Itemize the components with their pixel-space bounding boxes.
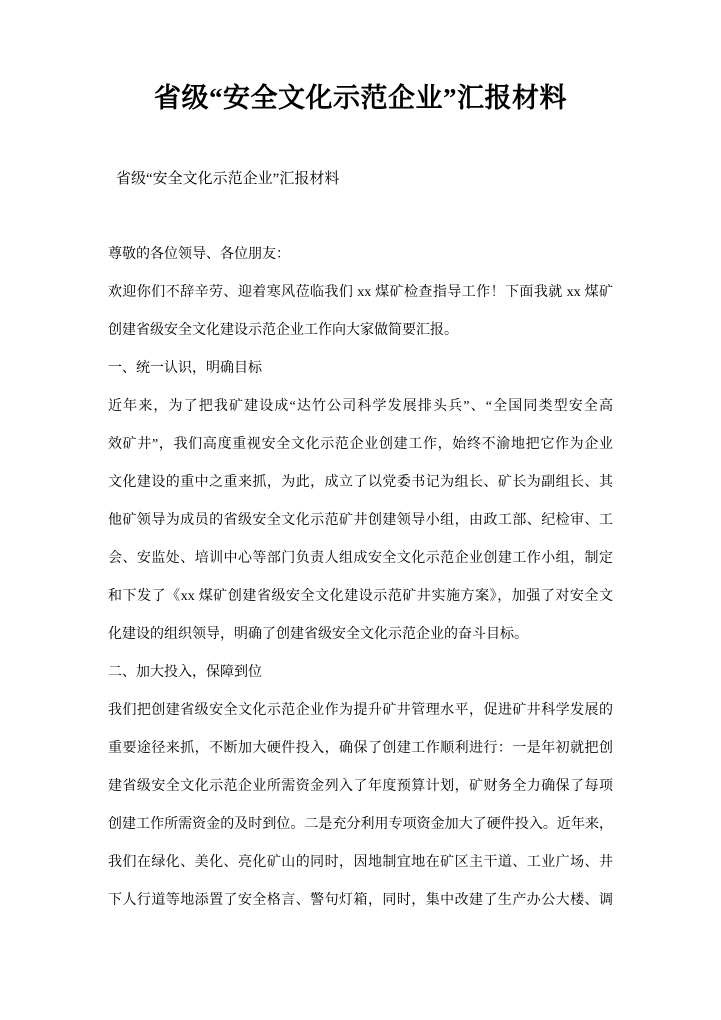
body-line: 尊敬的各位领导、各位朋友： xyxy=(108,236,613,274)
body-line: 会、安监处、培训中心等部门负责人组成安全文化示范企业创建工作小组，制定 xyxy=(108,540,613,578)
body-line: 创建工作所需资金的及时到位。二是充分利用专项资金加大了硬件投入。近年来， xyxy=(108,806,613,844)
section-heading: 二、加大投入，保障到位 xyxy=(108,654,613,692)
body-line: 重要途径来抓，不断加大硬件投入，确保了创建工作顺利进行：一是年初就把创 xyxy=(108,730,613,768)
body-line: 文化建设的重中之重来抓，为此，成立了以党委书记为组长、矿长为副组长、其 xyxy=(108,464,613,502)
document-body: 尊敬的各位领导、各位朋友： 欢迎你们不辞辛劳、迎着寒风莅临我们 xx 煤矿检查指… xyxy=(108,236,613,920)
body-line: 效矿井”，我们高度重视安全文化示范企业创建工作，始终不渝地把它作为企业 xyxy=(108,426,613,464)
body-line: 建省级安全文化示范企业所需资金列入了年度预算计划，矿财务全力确保了每项 xyxy=(108,768,613,806)
body-line: 创建省级安全文化建设示范企业工作向大家做简要汇报。 xyxy=(108,312,613,350)
body-line: 下人行道等地添置了安全格言、警句灯箱，同时，集中改建了生产办公大楼、调 xyxy=(108,882,613,920)
body-line: 化建设的组织领导，明确了创建省级安全文化示范企业的奋斗目标。 xyxy=(108,616,613,654)
body-line: 欢迎你们不辞辛劳、迎着寒风莅临我们 xx 煤矿检查指导工作！下面我就 xx 煤矿 xyxy=(108,274,613,312)
document-page: 省级“安全文化示范企业”汇报材料 省级“安全文化示范企业”汇报材料 尊敬的各位领… xyxy=(0,0,721,1020)
document-title: 省级“安全文化示范企业”汇报材料 xyxy=(0,78,721,118)
body-line: 我们把创建省级安全文化示范企业作为提升矿井管理水平，促进矿井科学发展的 xyxy=(108,692,613,730)
section-heading: 一、统一认识，明确目标 xyxy=(108,350,613,388)
document-subtitle: 省级“安全文化示范企业”汇报材料 xyxy=(116,167,339,191)
body-line: 他矿领导为成员的省级安全文化示范矿井创建领导小组，由政工部、纪检审、工 xyxy=(108,502,613,540)
body-line: 近年来，为了把我矿建设成“达竹公司科学发展排头兵”、“全国同类型安全高 xyxy=(108,388,613,426)
body-line: 和下发了《xx 煤矿创建省级安全文化建设示范矿井实施方案》，加强了对安全文 xyxy=(108,578,613,616)
body-line: 我们在绿化、美化、亮化矿山的同时，因地制宜地在矿区主干道、工业广场、井 xyxy=(108,844,613,882)
